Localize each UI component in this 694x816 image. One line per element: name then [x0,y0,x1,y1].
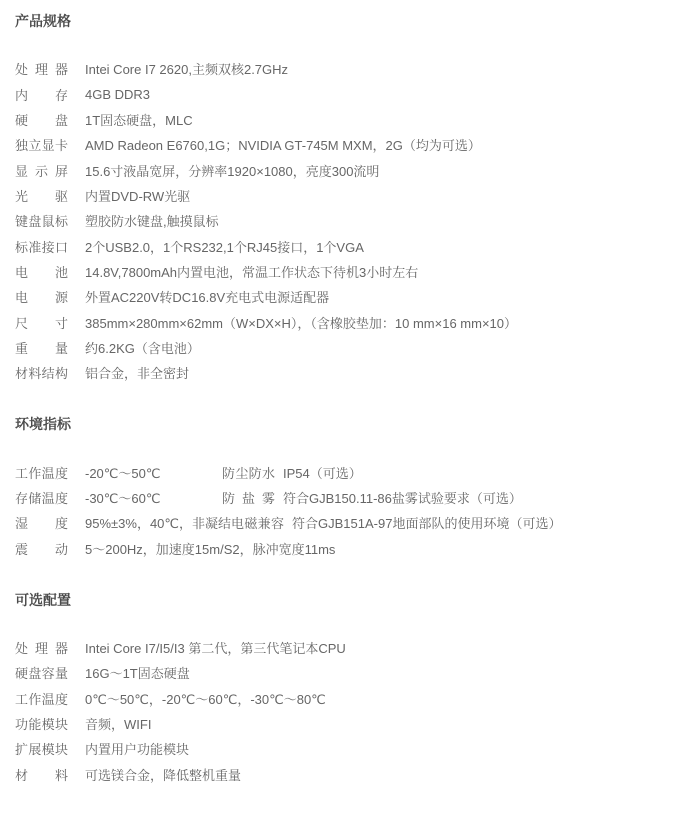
spec-label: 键盘鼠标 [15,211,68,230]
spec-row: 硬盘 1T固态硬盘，MLC [15,107,674,132]
spec-value: AMD Radeon E6760,1G；NVIDIA GT-745M MXM，2… [85,135,481,154]
spec-label: 内存 [15,85,68,104]
spec-label: 硬盘容量 [15,663,68,682]
spec-label: 震动 [15,539,68,558]
spec-label: 标准接口 [15,237,68,256]
spec-value: -20℃～50℃ [85,463,222,482]
spec-value-secondary: 符合GJB150.11-86盐雾试验要求（可选） [283,488,522,507]
spec-value: 15.6寸液晶宽屏，分辨率1920×1080，亮度300流明 [85,161,379,180]
spec-value: 可选镁合金，降低整机重量 [85,765,241,784]
spec-value: Intei Core I7/I5/I3 第二代，第三代笔记本CPU [85,638,346,657]
spec-row: 键盘鼠标 塑胶防水键盘,触摸鼠标 [15,208,674,233]
spec-value-secondary: IP54（可选） [283,463,362,482]
spec-label: 存储温度 [15,488,68,507]
spec-value: 铝合金，非全密封 [85,363,189,382]
section-rows-env-metrics: 工作温度 -20℃～50℃ 防尘防水IP54（可选） 存储温度 -30℃～60℃… [15,459,674,560]
spec-value: 外置AC220V转DC16.8V充电式电源适配器 [85,287,329,306]
section-product-specs: 产品规格 处理器 Intei Core I7 2620,主频双核2.7GHz 内… [15,13,674,385]
spec-row: 处理器 Intei Core I7 2620,主频双核2.7GHz [15,56,674,81]
spec-label: 扩展模块 [15,739,68,758]
spec-row: 显示屏 15.6寸液晶宽屏，分辨率1920×1080，亮度300流明 [15,157,674,182]
spec-value: Intei Core I7 2620,主频双核2.7GHz [85,59,288,78]
spec-value: 14.8V,7800mAh内置电池，常温工作状态下待机3小时左右 [85,262,418,281]
spec-value: 塑胶防水键盘,触摸鼠标 [85,211,219,230]
spec-row: 独立显卡 AMD Radeon E6760,1G；NVIDIA GT-745M … [15,132,674,157]
spec-value: 音频，WIFI [85,714,151,733]
spec-value-secondary: 符合GJB151A-97地面部队的使用环境（可选） [292,513,561,532]
spec-label-secondary: 防尘防水 [222,463,275,482]
spec-row: 功能模块 音频，WIFI [15,711,674,736]
spec-value: 1T固态硬盘，MLC [85,110,193,129]
spec-label: 光驱 [15,186,68,205]
spec-value: -30℃～60℃ [85,488,222,507]
spec-label: 电池 [15,262,68,281]
spec-label: 重量 [15,338,68,357]
spec-row: 工作温度 -20℃～50℃ 防尘防水IP54（可选） [15,459,674,484]
spec-label: 独立显卡 [15,135,68,154]
spec-row: 材料结构 铝合金，非全密封 [15,360,674,385]
spec-label: 工作温度 [15,689,68,708]
spec-label: 材料 [15,765,68,784]
spec-row: 标准接口 2个USB2.0，1个RS232,1个RJ45接口，1个VGA [15,233,674,258]
spec-row: 重量 约6.2KG（含电池） [15,335,674,360]
spec-row: 电源 外置AC220V转DC16.8V充电式电源适配器 [15,284,674,309]
spec-label: 硬盘 [15,110,68,129]
spec-label: 湿度 [15,513,68,532]
spec-row: 电池 14.8V,7800mAh内置电池，常温工作状态下待机3小时左右 [15,259,674,284]
spec-row: 硬盘容量 16G～1T固态硬盘 [15,660,674,685]
spec-label: 尺寸 [15,313,68,332]
spec-value: 4GB DDR3 [85,87,150,102]
spec-value: 内置用户功能模块 [85,739,189,758]
section-title-env-metrics: 环境指标 [15,416,674,432]
spec-row: 湿度 95%±3%，40℃，非凝结 电磁兼容符合GJB151A-97地面部队的使… [15,510,674,535]
spec-label-secondary: 防盐雾 [222,488,275,507]
spec-value: 内置DVD-RW光驱 [85,186,190,205]
spec-row: 尺寸 385mm×280mm×62mm（W×DX×H），（含橡胶垫加：10 mm… [15,309,674,334]
spec-row: 材料 可选镁合金，降低整机重量 [15,762,674,787]
spec-label: 材料结构 [15,363,68,382]
spec-label: 电源 [15,287,68,306]
spec-label: 处理器 [15,59,68,78]
spec-row: 内存 4GB DDR3 [15,81,674,106]
spec-row: 震动 5～200Hz，加速度15m/S2，脉冲宽度11ms [15,536,674,561]
spec-value: 385mm×280mm×62mm（W×DX×H），（含橡胶垫加：10 mm×16… [85,313,517,332]
spec-row: 处理器 Intei Core I7/I5/I3 第二代，第三代笔记本CPU [15,635,674,660]
section-optional-config: 可选配置 处理器 Intei Core I7/I5/I3 第二代，第三代笔记本C… [15,592,674,787]
spec-value: 95%±3%，40℃，非凝结 [85,513,231,532]
section-rows-product-specs: 处理器 Intei Core I7 2620,主频双核2.7GHz 内存 4GB… [15,56,674,385]
section-title-product-specs: 产品规格 [15,13,674,29]
section-rows-optional-config: 处理器 Intei Core I7/I5/I3 第二代，第三代笔记本CPU 硬盘… [15,635,674,787]
spec-label: 显示屏 [15,161,68,180]
spec-row: 存储温度 -30℃～60℃ 防盐雾符合GJB150.11-86盐雾试验要求（可选… [15,485,674,510]
section-title-optional-config: 可选配置 [15,592,674,608]
spec-value: 2个USB2.0，1个RS232,1个RJ45接口，1个VGA [85,237,364,256]
spec-value: 5～200Hz，加速度15m/S2，脉冲宽度11ms [85,539,335,558]
spec-row: 光驱 内置DVD-RW光驱 [15,183,674,208]
section-env-metrics: 环境指标 工作温度 -20℃～50℃ 防尘防水IP54（可选） 存储温度 -30… [15,416,674,560]
spec-value: 0℃～50℃，-20℃～60℃，-30℃～80℃ [85,689,326,708]
spec-row: 扩展模块 内置用户功能模块 [15,736,674,761]
spec-value: 约6.2KG（含电池） [85,338,200,357]
spec-value: 16G～1T固态硬盘 [85,663,190,682]
spec-label: 工作温度 [15,463,68,482]
spec-page: 产品规格 处理器 Intei Core I7 2620,主频双核2.7GHz 内… [0,0,694,787]
spec-label-secondary: 电磁兼容 [231,513,284,532]
spec-label: 处理器 [15,638,68,657]
spec-row: 工作温度 0℃～50℃，-20℃～60℃，-30℃～80℃ [15,686,674,711]
spec-label: 功能模块 [15,714,68,733]
